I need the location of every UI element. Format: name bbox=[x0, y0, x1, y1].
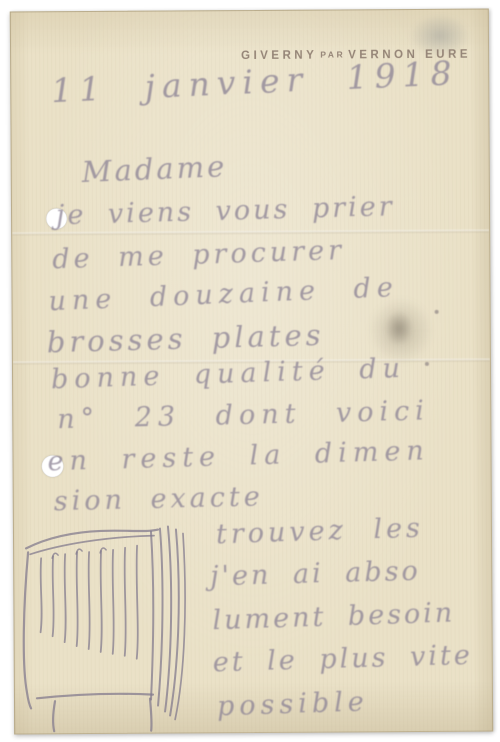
body-line: lument besoin bbox=[212, 599, 456, 634]
letter-paper: GIVERNYPARVERNON EURE 11 janvier 1918 Ma… bbox=[10, 9, 493, 735]
body-line: en reste la dimen bbox=[47, 437, 430, 475]
body-line: une douzaine de bbox=[48, 274, 399, 315]
body-line: sion exacte bbox=[53, 483, 264, 515]
brush-sketch bbox=[16, 523, 212, 734]
body-line: trouvez les bbox=[216, 515, 425, 549]
photo-backdrop: GIVERNYPARVERNON EURE 11 janvier 1918 Ma… bbox=[0, 0, 500, 742]
stain bbox=[385, 310, 413, 346]
body-line: possible bbox=[217, 688, 370, 720]
body-line: brosses plates bbox=[46, 321, 324, 358]
body-line: j'en ai abso bbox=[210, 558, 421, 591]
date-line: 11 janvier 1918 bbox=[51, 56, 460, 107]
stain bbox=[435, 310, 439, 314]
body-line: n° 23 dont voici bbox=[57, 397, 430, 433]
body-line: de me procurer bbox=[52, 237, 345, 273]
body-line: je viens vous prier bbox=[56, 193, 395, 229]
stain bbox=[425, 362, 429, 366]
body-line: et le plus vite bbox=[212, 642, 473, 676]
salutation-line: Madame bbox=[81, 152, 228, 187]
